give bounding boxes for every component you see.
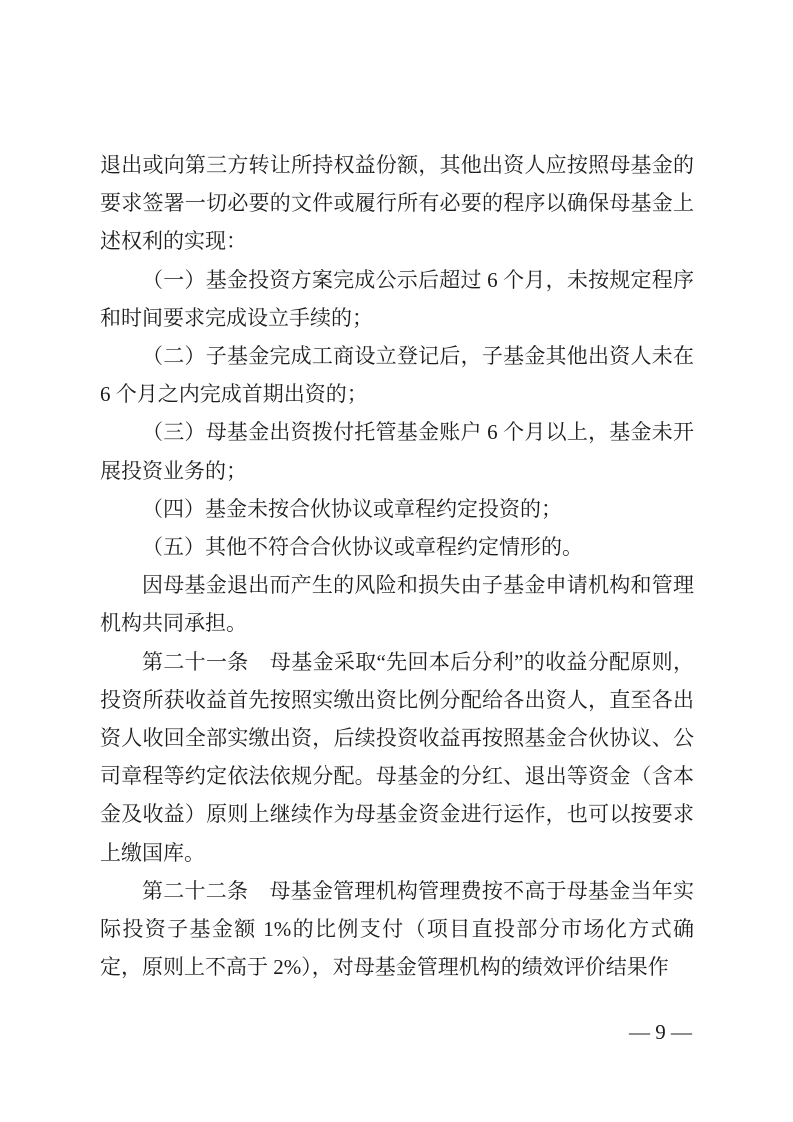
- paragraph-item-4: （四）基金未按合伙协议或章程约定投资的；: [100, 490, 694, 528]
- document-body: 退出或向第三方转让所持权益份额，其他出资人应按照母基金的要求签署一切必要的文件或…: [100, 146, 694, 986]
- paragraph-risk-note: 因母基金退出而产生的风险和损失由子基金申请机构和管理机构共同承担。: [100, 566, 694, 642]
- paragraph-item-5: （五）其他不符合合伙协议或章程约定情形的。: [100, 528, 694, 566]
- paragraph-item-3: （三）母基金出资拨付托管基金账户 6 个月以上，基金未开展投资业务的；: [100, 413, 694, 489]
- paragraph-continuation: 退出或向第三方转让所持权益份额，其他出资人应按照母基金的要求签署一切必要的文件或…: [100, 146, 694, 261]
- paragraph-item-1: （一）基金投资方案完成公示后超过 6 个月，未按规定程序和时间要求完成设立手续的…: [100, 261, 694, 337]
- paragraph-article-21: 第二十一条 母基金采取“先回本后分利”的收益分配原则，投资所获收益首先按照实缴出…: [100, 643, 694, 872]
- paragraph-article-22: 第二十二条 母基金管理机构管理费按不高于母基金当年实际投资子基金额 1%的比例支…: [100, 872, 694, 987]
- paragraph-item-2: （二）子基金完成工商设立登记后，子基金其他出资人未在 6 个月之内完成首期出资的…: [100, 337, 694, 413]
- document-page: 退出或向第三方转让所持权益份额，其他出资人应按照母基金的要求签署一切必要的文件或…: [0, 0, 793, 1122]
- page-number: — 9 —: [629, 1020, 692, 1044]
